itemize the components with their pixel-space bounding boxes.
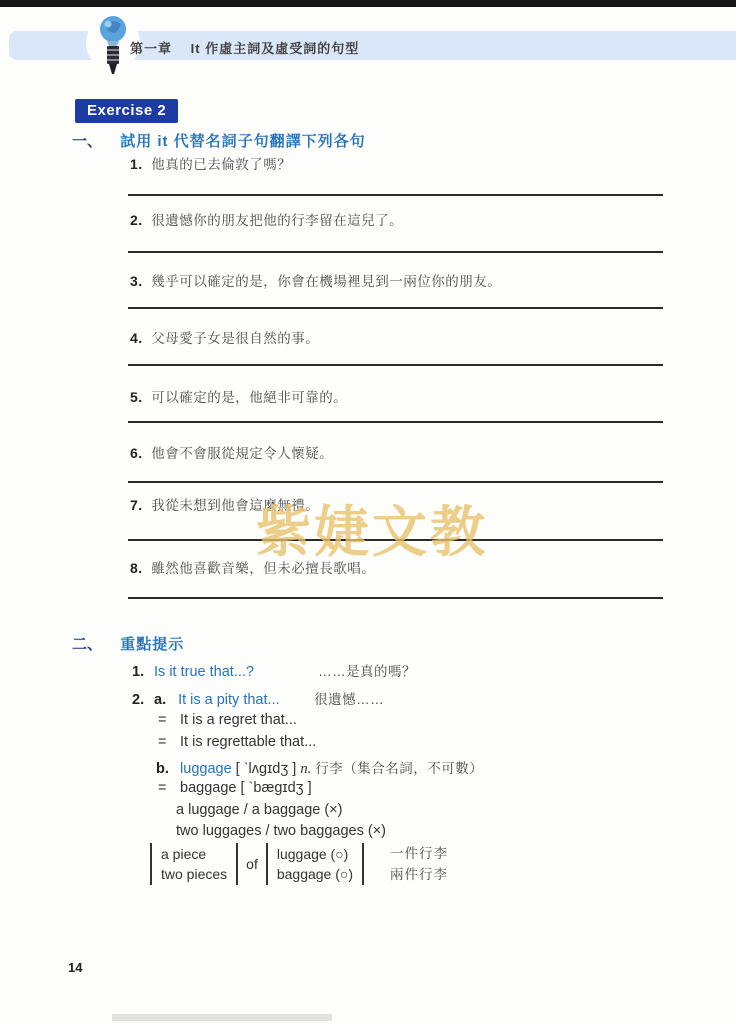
section1-marker: 一、 bbox=[72, 133, 102, 150]
item-number: 1. bbox=[130, 156, 147, 172]
item-number: 2. bbox=[130, 212, 147, 228]
answer-line-5 bbox=[128, 421, 663, 423]
vocab-word: baggage bbox=[180, 780, 236, 796]
equals-sign: = bbox=[158, 780, 176, 796]
textbook-page: 第一章 It 作虛主詞及虛受詞的句型 Exercise 2 一、 試用 it 代… bbox=[0, 0, 736, 1024]
scan-bottom-smudge bbox=[112, 1014, 332, 1021]
item-number: 7. bbox=[130, 497, 147, 513]
item-number: 4. bbox=[130, 330, 147, 346]
equals-sign: = bbox=[158, 712, 176, 728]
keypoint-2a-eq1: = It is a regret that... bbox=[158, 712, 297, 728]
answer-line-2 bbox=[128, 251, 663, 253]
item-text: 我從未想到他會這麼無禮。 bbox=[151, 498, 319, 513]
item-text: 他會不會服從規定令人懷疑。 bbox=[151, 446, 333, 461]
section2-marker: 二、 bbox=[72, 636, 102, 653]
piece-noun: baggage (○) bbox=[277, 864, 353, 884]
exercise-item-4: 4. 父母愛子女是很自然的事。 bbox=[130, 327, 319, 347]
vocab-pos: n. bbox=[300, 761, 311, 777]
piece-translation-column: 一件行李 兩件行李 bbox=[390, 843, 448, 885]
keypoint-2a: 2. a. It is a pity that... 很遺憾…… bbox=[132, 688, 384, 708]
answer-line-7 bbox=[128, 539, 663, 541]
vocab-meaning: 行李（集合名詞，不可數） bbox=[315, 761, 483, 776]
chapter-title: It 作虛主詞及虛受詞的句型 bbox=[191, 41, 360, 56]
lightbulb-icon bbox=[93, 14, 133, 76]
exercise-badge: Exercise 2 bbox=[75, 99, 178, 123]
keypoint-pattern: It is a pity that... bbox=[178, 692, 310, 708]
exercise-item-1: 1. 他真的已去倫敦了嗎？ bbox=[130, 153, 291, 173]
answer-line-8 bbox=[128, 597, 663, 599]
wrong-usage-text: a luggage / a baggage (×) bbox=[176, 802, 342, 818]
answer-line-6 bbox=[128, 481, 663, 483]
piece-translation: 兩件行李 bbox=[390, 864, 448, 885]
piece-noun-column: luggage (○) baggage (○) bbox=[266, 843, 364, 885]
chapter-number: 第一章 bbox=[130, 41, 172, 56]
section1-header: 一、 試用 it 代替名詞子句翻譯下列各句 bbox=[72, 130, 366, 151]
item-text: 很遺憾你的朋友把他的行李留在這兒了。 bbox=[151, 213, 403, 228]
section2-header: 二、 重點提示 bbox=[72, 633, 184, 654]
equals-sign: = bbox=[158, 734, 176, 750]
keypoint-pattern: Is it true that...? bbox=[154, 664, 314, 680]
item-text: 他真的已去倫敦了嗎？ bbox=[151, 157, 291, 172]
item-number: 3. bbox=[130, 273, 147, 289]
keypoint-meaning: 很遺憾…… bbox=[314, 692, 384, 707]
page-number: 14 bbox=[68, 960, 82, 975]
section2-title: 重點提示 bbox=[120, 636, 184, 653]
exercise-item-8: 8. 雖然他喜歡音樂，但未必擅長歌唱。 bbox=[130, 557, 375, 577]
keypoint-2a-eq2: = It is regrettable that... bbox=[158, 734, 316, 750]
equivalent-pattern: It is a regret that... bbox=[180, 712, 297, 728]
item-text: 雖然他喜歡音樂，但未必擅長歌唱。 bbox=[151, 561, 375, 576]
equivalent-pattern: It is regrettable that... bbox=[180, 734, 316, 750]
answer-line-1 bbox=[128, 194, 663, 196]
item-number: 5. bbox=[130, 389, 147, 405]
exercise-item-2: 2. 很遺憾你的朋友把他的行李留在這兒了。 bbox=[130, 209, 403, 229]
piece-translation: 一件行李 bbox=[390, 843, 448, 864]
wrong-usage-2: two luggages / two baggages (×) bbox=[176, 823, 386, 839]
scan-top-bar bbox=[0, 0, 736, 7]
exercise-item-3: 3. 幾乎可以確定的是，你會在機場裡見到一兩位你的朋友。 bbox=[130, 270, 501, 290]
piece-of-table: a piece two pieces of luggage (○) baggag… bbox=[150, 843, 448, 885]
wrong-usage-text: two luggages / two baggages (×) bbox=[176, 823, 386, 839]
piece-noun: luggage (○) bbox=[277, 844, 353, 864]
keypoint-meaning: ……是真的嗎？ bbox=[318, 664, 416, 679]
exercise-item-5: 5. 可以確定的是，他絕非可靠的。 bbox=[130, 386, 347, 406]
section1-title: 試用 it 代替名詞子句翻譯下列各句 bbox=[120, 133, 366, 150]
vocab-word: luggage bbox=[180, 761, 232, 777]
piece-quantity: a piece bbox=[161, 844, 227, 864]
item-number: 6. bbox=[130, 445, 147, 461]
exercise-item-6: 6. 他會不會服從規定令人懷疑。 bbox=[130, 442, 333, 462]
chapter-title-line: 第一章 It 作虛主詞及虛受詞的句型 bbox=[130, 38, 359, 57]
keypoint-sub-letter: b. bbox=[156, 761, 176, 777]
vocab-phonetic: [ ˋbægɪdʒ ] bbox=[241, 780, 312, 796]
vocab-phonetic: [ ˋlʌgɪdʒ ] bbox=[236, 761, 297, 777]
piece-quantity: two pieces bbox=[161, 864, 227, 884]
item-number: 8. bbox=[130, 560, 147, 576]
keypoint-2b-eq: = baggage [ ˋbægɪdʒ ] bbox=[158, 780, 312, 796]
keypoint-sub-letter: a. bbox=[154, 692, 174, 708]
keypoint-number: 1. bbox=[132, 664, 150, 680]
wrong-usage-1: a luggage / a baggage (×) bbox=[176, 802, 342, 818]
piece-quantity-column: a piece two pieces bbox=[150, 843, 238, 885]
keypoint-2b: b. luggage [ ˋlʌgɪdʒ ] n. 行李（集合名詞，不可數） bbox=[156, 757, 483, 778]
item-text: 父母愛子女是很自然的事。 bbox=[151, 331, 319, 346]
answer-line-3 bbox=[128, 307, 663, 309]
piece-of-word: of bbox=[238, 856, 266, 872]
keypoint-1: 1. Is it true that...? ……是真的嗎？ bbox=[132, 660, 416, 680]
answer-line-4 bbox=[128, 364, 663, 366]
item-text: 幾乎可以確定的是，你會在機場裡見到一兩位你的朋友。 bbox=[151, 274, 501, 289]
exercise-item-7: 7. 我從未想到他會這麼無禮。 bbox=[130, 494, 319, 514]
item-text: 可以確定的是，他絕非可靠的。 bbox=[151, 390, 347, 405]
keypoint-number: 2. bbox=[132, 692, 150, 708]
